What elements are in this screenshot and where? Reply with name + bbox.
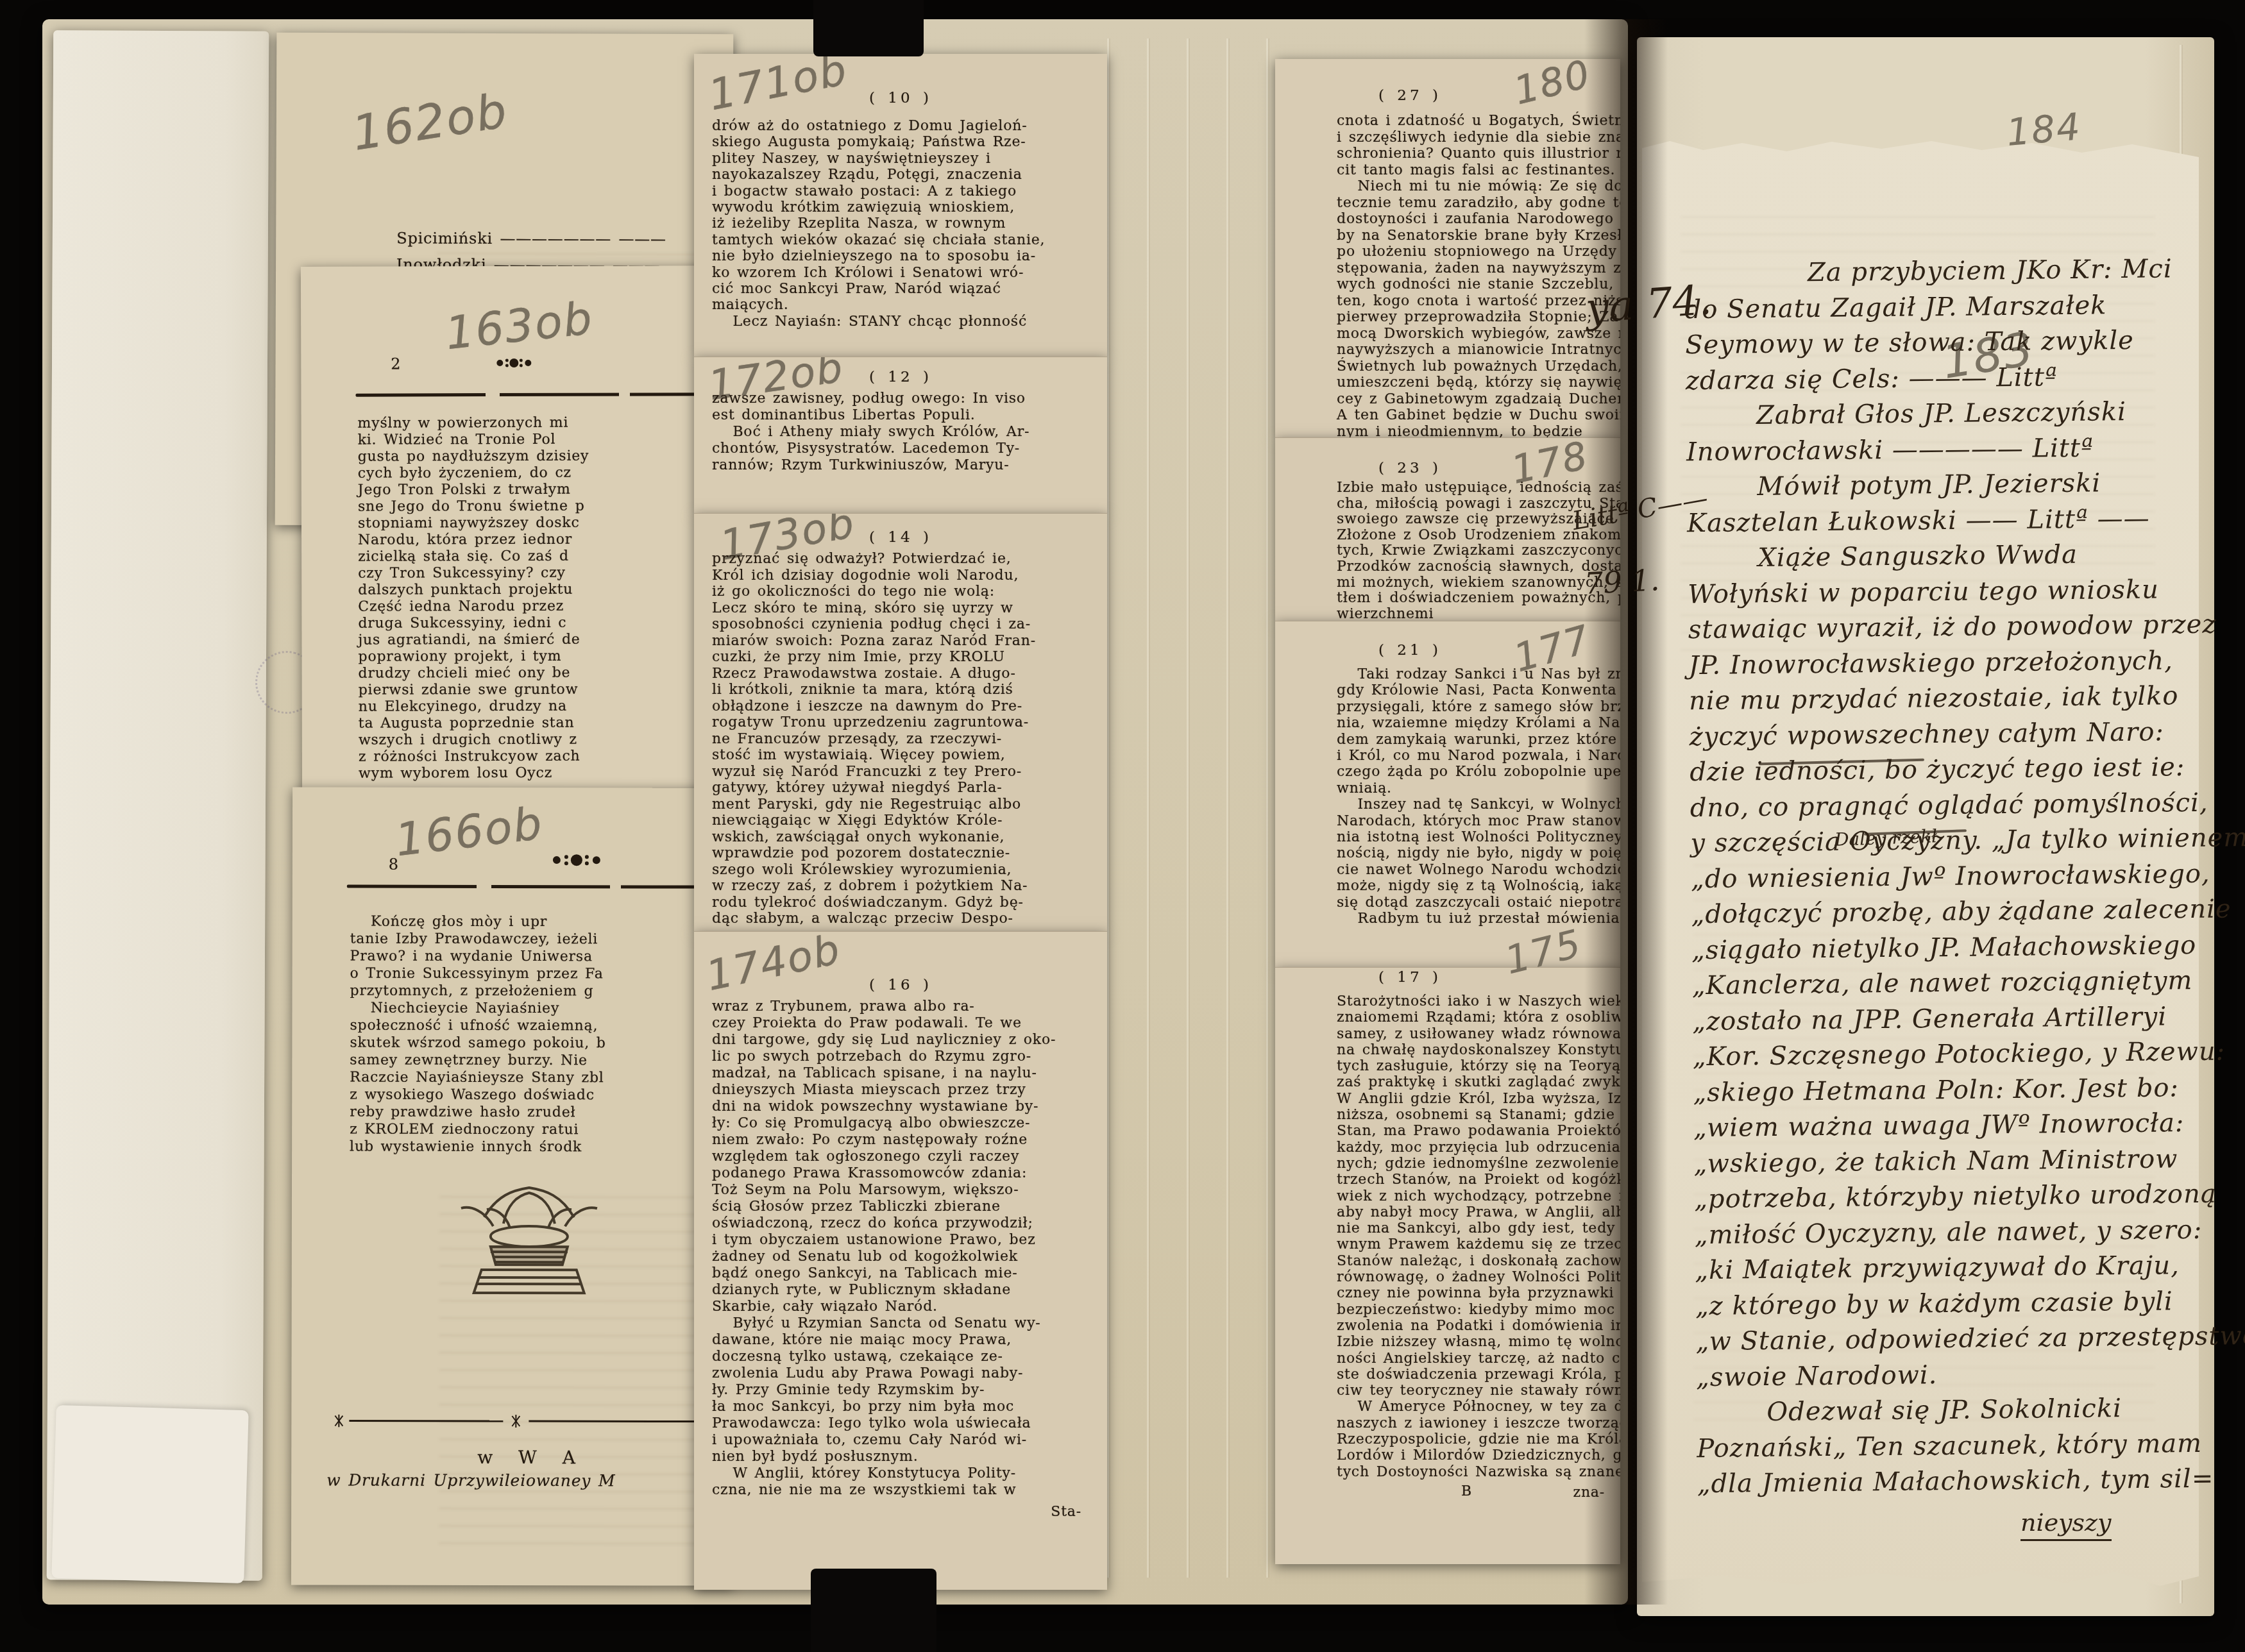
text-line: Część iedna Narodu przez	[358, 598, 717, 615]
printed-page-header: ( 27 )	[1314, 87, 1506, 104]
imprint-line: w Drukarni Uprzywileiowaney M	[326, 1471, 615, 1490]
text-line: stopniami naywyższey doskc	[358, 514, 717, 532]
text-line: drów aż do ostatniego z Domu Jagieloń-	[712, 118, 1090, 134]
clipping-174: 174ob ( 16 ) wraz z Trybunem, prawa albo…	[694, 931, 1107, 1590]
text-line: Xiąże Sanguszko Wwda	[1688, 536, 2201, 577]
text-line: skutek wśrzod samego pokoiu, b	[350, 1034, 709, 1052]
text-line: skiego Augusta pomykaią; Państwa Rze-	[712, 134, 1090, 150]
folio-number-pencil: 184	[2004, 105, 2083, 155]
text-line: cych było życzeniem, do cz	[358, 464, 717, 482]
text-line: Rzeczypospolicie, gdzie nie ma Króla,	[1337, 1431, 1620, 1447]
text-line: wszych i drugich cnotliwy z	[359, 731, 718, 748]
text-line: mocą Dworskich wybiegów, zawsze na	[1337, 326, 1620, 342]
clipping-172: 172ob ( 12 ) zawsze zawisney, podług owe…	[694, 357, 1107, 514]
text-line: wniaią.	[1337, 780, 1620, 796]
text-line: rodu tylekroć doświadczanym. Gdyż bę-	[712, 895, 1090, 911]
text-line: Radbym tu iuż przestał mówienia: Lecz	[1337, 911, 1620, 927]
text-line: wskich, zawściągał onych wykonanie,	[712, 829, 1090, 846]
text-line: Odezwał się JP. Sokolnicki	[1696, 1390, 2210, 1431]
text-line: Przodków zacnością sławnych, dostatka-	[1337, 559, 1620, 575]
sheet-corner-fold	[51, 1405, 248, 1583]
manuscript-text: Za przybyciem JKo Kr: Mcido Senatu Zagai…	[1684, 251, 2210, 1503]
text-line: „wskiego, że takich Nam Ministrow	[1693, 1141, 2207, 1182]
text-line: by na Senatorskie brane były Krzesła; gd…	[1337, 228, 1620, 244]
text-line: madzał, na Tablicach spisane, i na naylu…	[712, 1065, 1090, 1082]
text-line: ste doświadczenia przewagi Króla, prze-	[1337, 1367, 1620, 1383]
text-line: doczesną tylko ustawą, czekaiące ze-	[712, 1349, 1090, 1365]
text-line: wierzchnemi	[1337, 607, 1620, 621]
text-line: Kończę głos mòy i upr	[350, 913, 709, 931]
folio-number-pencil: 166ob	[393, 796, 546, 866]
text-line: est dominantibus Libertas Populi.	[712, 407, 1090, 424]
printed-rule	[355, 392, 716, 396]
text-line: bezpieczeństwo: kiedyby mimo moc ze-	[1337, 1302, 1620, 1318]
signature-mark: B	[1461, 1483, 1472, 1499]
text-line: dni targowe, gdy się Lud nayliczniey z o…	[712, 1032, 1090, 1049]
text-line: Inszey nad tę Sankcyi, w Wolnych	[1337, 796, 1620, 813]
text-line: wyzuł się Naród Francuzki z tey Prero-	[712, 764, 1090, 780]
text-line: i bogactw stawało postaci: A z takiego	[712, 183, 1090, 199]
text-line: dnieyszych Miasta mieyscach przez trzy	[712, 1082, 1090, 1099]
text-line: i upoważniała to, czemu Cały Naród wi-	[712, 1432, 1090, 1449]
text-line: rannów; Rzym Turkwiniuszów, Maryu-	[712, 457, 1090, 474]
text-line: względem tak ogłoszonego czyli raczey	[712, 1149, 1090, 1165]
text-line: „dla Jmienia Małachowskich, tym sil=	[1697, 1462, 2211, 1503]
text-line: drudzy chcieli mieć ony be	[359, 664, 718, 682]
text-line: wych godności nie stanie Szczeblu, iedno	[1337, 276, 1620, 293]
text-line: Prawodawcza: Iego tylko wola uświecała	[712, 1415, 1090, 1432]
text-line: zawsze zawisney, podług owego: In viso	[712, 391, 1090, 407]
text-line: miarów swoich: Pozna zaraz Naród Fran-	[712, 633, 1090, 650]
text-line: po ułożeniu stopniowego na Urzędy po-	[1337, 244, 1620, 260]
floral-ornament-icon	[548, 852, 606, 868]
text-line: czey Proiekta do Praw podawali. Te we	[712, 1015, 1090, 1032]
text-line: i szczęśliwych iedynie dla siebie znalaz…	[1337, 130, 1620, 146]
text-line: gdy Królowie Nasi, Pacta Konwenta za-	[1337, 682, 1620, 698]
clipping-163: 163ob 2 myślny w powierzonych miki. Widz…	[301, 265, 733, 791]
text-line: wym wyborem losu Oycz	[359, 764, 718, 782]
text-line: Taki rodzay Sankci i u Nas był znany,	[1337, 666, 1620, 682]
text-line: zdarza się Cels: ——— Littª	[1686, 358, 2199, 399]
clipping-166: 166ob 8 Kończę głos mòy i uprtanie Izby …	[291, 787, 734, 1585]
folio-number-pencil: 162ob	[349, 83, 512, 161]
text-line: Inowrocławski ————— Littª	[1686, 429, 2200, 470]
printed-page-header: ( 14 )	[694, 529, 1107, 546]
text-line: nie mu przydać niezostaie, iak tylko	[1689, 678, 2203, 720]
text-line: W Anglii, którey Konstytucya Polity-	[712, 1465, 1090, 1482]
text-line: pierwsi zdanie swe gruntow	[359, 681, 718, 698]
text-line: wnym Prawem każdemu się ze trzech	[1337, 1236, 1620, 1252]
imprint-city: w W A	[477, 1447, 584, 1468]
print-column: Izbie mało ustępuiące, iednością zaś du-…	[1337, 480, 1620, 621]
catchword: Sta-	[1051, 1504, 1081, 1520]
text-line: dostoyności i zaufania Narodowego Oso-	[1337, 211, 1620, 228]
floral-ornament-icon	[493, 356, 534, 370]
text-line: Za przybyciem JKo Kr: Mci	[1684, 251, 2198, 292]
text-line: Lordów i Milordów Dziedzicznych, gdzie	[1337, 1447, 1620, 1463]
text-line: pierwey przeprowadziła Stopnie; Za po-	[1337, 309, 1620, 326]
text-line: tych zasługuie, którzy się na Teoryą, ni…	[1337, 1058, 1620, 1074]
text-line: chontów, Pisysystratów. Lacedemon Ty-	[712, 441, 1090, 457]
text-line: Wołyński w poparciu tego wniosku	[1688, 571, 2201, 612]
printed-page-header: ( 10 )	[694, 90, 1107, 106]
binding-tab-top	[813, 0, 924, 56]
text-line: Rzecz Prawodawstwa zostaie. A długo-	[712, 666, 1090, 682]
text-line: nia, wzaiemne między Królami a Naro-	[1337, 715, 1620, 731]
text-line: znaiomemi Rządami; która z osobliwości	[1337, 1009, 1620, 1025]
text-line: stępowania, żaden na naywyższym z tako-	[1337, 260, 1620, 277]
text-line: i Król, co mu Narod pozwala, i Narod,	[1337, 748, 1620, 764]
text-line: każdy, moc przyięcia lub odrzucenia o-	[1337, 1140, 1620, 1156]
folio-number-pencil: 180	[1509, 59, 1595, 114]
text-line: i tym obyczaiem ustanowione Prawo, bez	[712, 1232, 1090, 1249]
printed-page-number: 2	[391, 355, 401, 373]
text-line: jus agratiandi, na śmierć de	[358, 631, 717, 648]
text-line: Lecz skóro te miną, skóro się uyrzy w	[712, 600, 1090, 617]
text-line: ment Paryski, gdy nie Regestruiąc albo	[712, 796, 1090, 813]
text-line: tych Dostoyności Nazwiska są znane.	[1337, 1464, 1620, 1480]
text-line: „do wniesienia Jwº Inowrocławskiego,	[1691, 856, 2205, 897]
text-line: przyznać się odważył? Potwierdzać ie,	[712, 551, 1090, 568]
text-line: nie było dzielnieyszego na to sposobu ia…	[712, 248, 1090, 264]
text-line: Stanów należąc, i doskonałą zachowuiąc	[1337, 1253, 1620, 1269]
text-line: lic po swych potrzebach do Rzymu zgro-	[712, 1049, 1090, 1065]
text-line: ścią Głosów przez Tabliczki zbierane	[712, 1199, 1090, 1215]
text-line: schronienia? Quanto quis illustrior mowi…	[1337, 146, 1620, 162]
text-line: przysięgali, które z samego słów brzmie-	[1337, 699, 1620, 715]
printed-page-number: 8	[389, 855, 399, 873]
text-line: Boć i Atheny miały swych Królów, Ar-	[712, 424, 1090, 441]
text-line: tamtych wieków okazać się chciała stanie…	[712, 232, 1090, 248]
text-line: rogatyw Tronu uprzedzeniu zagruntowa-	[712, 714, 1090, 731]
text-line: Świetnych lub poważnych Urzędach, Ci	[1337, 358, 1620, 375]
text-line: maiących.	[712, 297, 1090, 313]
text-line: mi możnych, wiekiem szanownych, świa-	[1337, 575, 1620, 591]
text-line: niem zwało: Po czym następowały roźne	[712, 1132, 1090, 1149]
text-line: ły. Przy Gminie tedy Rzymskim by-	[712, 1382, 1090, 1399]
text-line: umieszczeni będą, którzy się naywię-	[1337, 375, 1620, 391]
text-line: nym i nieodmiennym, to będzie	[1337, 424, 1620, 438]
engraved-basket-vignette	[433, 1185, 625, 1346]
text-line: cey z Gabinetowym zgadzaią Duchem.	[1337, 391, 1620, 408]
text-line: równowagę, o żadney Wolności Polity-	[1337, 1269, 1620, 1285]
text-line: dąc słabym, a walcząc przeciw Despo-	[712, 911, 1090, 927]
text-line: gusta po naydłuższym dzisiey	[358, 448, 717, 465]
text-line: może, nigdy się z tą Wolnością, iakąśmy	[1337, 878, 1620, 894]
text-line: A ten Gabinet będzie w Duchu swoim pew-	[1337, 407, 1620, 424]
text-line: życzyć wpowszechney całym Naro:	[1689, 714, 2203, 755]
text-line: się dotąd zaszczycali ostaić niepotrafi.	[1337, 895, 1620, 911]
text-line: Zabrał Głos JP. Leszczyński	[1686, 394, 2199, 435]
text-line: bądź onego Sankcyi, na Tablicach mie-	[712, 1265, 1090, 1282]
print-column: cnota i zdatność u Bogatych, Świetnych,i…	[1337, 113, 1620, 437]
text-line: Spicimiński ——————— ———	[396, 225, 666, 252]
text-line: czney nie powinna była przyznawki nie-	[1337, 1285, 1620, 1301]
text-line: sposobności czynienia podług chęci i za-	[712, 616, 1090, 633]
text-line: Niech mi tu nie mówią: Ze się dosta-	[1337, 178, 1620, 195]
text-line: Niechcieycie Nayiaśniey	[350, 1000, 709, 1018]
text-line: tecznie temu zaradziło, aby godne tey	[1337, 195, 1620, 212]
decorative-rule	[330, 1415, 702, 1428]
text-line: wywodu krótkim zawięzuią wnioskiem,	[712, 199, 1090, 215]
text-line: czna, nie nie ma ze wszystkiemi tak w	[712, 1482, 1090, 1499]
text-line: tanie Izby Prawodawczey, ieżeli	[350, 931, 709, 948]
gutter-shadow	[1584, 19, 1668, 1605]
text-line: cić moc Sankcyi Praw, Naród wiązać	[712, 281, 1090, 297]
text-line: poprawiony projekt, i tym	[358, 648, 717, 665]
print-column: Taki rodzay Sankci i u Nas był znany,gdy…	[1337, 666, 1620, 927]
printed-page-header: ( 16 )	[694, 977, 1107, 993]
manuscript-insertion: Daley rzekł	[1834, 825, 1937, 850]
manuscript-catchword: nieyszy	[2020, 1508, 2112, 1541]
text-line: czego żąda po Królu zobopolnie upe-	[1337, 764, 1620, 780]
print-column: przyznać się odważył? Potwierdzać ie,Kró…	[712, 551, 1090, 927]
text-line: zaś praktykę i skutki zaglądać zwykli.	[1337, 1074, 1620, 1090]
text-line: Izbie mało ustępuiące, iednością zaś du-	[1337, 480, 1620, 496]
text-line: dzie iedności, bo życzyć tego iest ie:	[1690, 750, 2203, 791]
print-column: Kończę głos mòy i uprtanie Izby Prawodaw…	[350, 913, 709, 1156]
text-line: naywyższych a mianowicie Intratnych,	[1337, 342, 1620, 358]
text-line: plitey Naszey, w nayświętnieyszey i	[712, 151, 1090, 167]
text-line: W Anglii gdzie Król, Izba wyższa, Izba	[1337, 1091, 1620, 1107]
text-line: reby prawdziwe hasło zrudeł	[350, 1104, 709, 1122]
folio-number-pencil: 163ob	[443, 292, 595, 360]
text-line: ły: Co się Promulgacyą albo obwieszcze-	[712, 1115, 1090, 1132]
text-line: „ki Maiątek przywiązywał do Kraju,	[1695, 1248, 2208, 1289]
text-line: „siągało nietylko JP. Małachowskiego	[1691, 927, 2205, 968]
text-line: dno, co pragnąć oglądać pomyślności,	[1690, 785, 2204, 826]
text-line: niewciągaiąc w Xięgi Edyktów Króle-	[712, 813, 1090, 829]
text-line: zwolenia Ludu aby Prawa Powagi naby-	[712, 1365, 1090, 1382]
text-line: tych, Krwie Związkami zaszczyconych,	[1337, 543, 1620, 559]
text-line: Skarbie, cały wiązało Naród.	[712, 1299, 1090, 1315]
text-line: Starożytności iako i w Naszych wiekach	[1337, 993, 1620, 1009]
print-column: drów aż do ostatniego z Domu Jagieloń-sk…	[712, 118, 1090, 330]
text-line: y szczęścia Oyczyzny. „Ja tylko winienem	[1690, 821, 2204, 862]
text-line: zicielką stała się. Co zaś d	[358, 548, 717, 565]
text-line: cie nawet Wolnego Narodu wchodzić nie	[1337, 862, 1620, 878]
text-line: „miłość Oyczyzny, ale nawet, y szero:	[1695, 1212, 2208, 1253]
text-line: zwolenia na Podatki i domówienia innych,	[1337, 1318, 1620, 1334]
text-line: Król ich dzisiay dogodnie woli Narodu,	[712, 568, 1090, 584]
text-line: nien był bydź posłusznym.	[712, 1449, 1090, 1465]
text-line: nayokazalszey Rządu, Potęgi, znaczenia	[712, 167, 1090, 183]
clipping-171: 171ob ( 10 ) drów aż do ostatniego z Dom…	[694, 54, 1107, 357]
printed-page-header: ( 21 )	[1314, 642, 1506, 659]
clipping-177: ( 21 ) 177 Taki rodzay Sankci i u Nas by…	[1275, 621, 1620, 968]
text-line: dawane, które nie maiąc mocy Prawa,	[712, 1332, 1090, 1349]
printed-page-header: ( 12 )	[694, 369, 1107, 385]
text-line: trzech Stanów, na Proiekt od kogóżkol-	[1337, 1172, 1620, 1188]
loose-white-sheet	[47, 30, 269, 1580]
text-line: nie ma Sankcyi, albo gdy iest, tedy ró-	[1337, 1220, 1620, 1236]
text-line: ciw tey teoryczney nie stawały równości.	[1337, 1383, 1620, 1399]
text-line: podanego Prawa Krassomowców zdania:	[712, 1165, 1090, 1182]
binding-tab-bottom	[811, 1569, 936, 1652]
text-line: dem zamykaią warunki, przez które się	[1337, 732, 1620, 748]
text-line: tłem i doświadczeniem poważnych, po-	[1337, 591, 1620, 607]
text-line: nu Elekcyinego, drudzy na	[359, 698, 718, 715]
clipping-178: ( 23 ) 178 Izbie mało ustępuiące, iednoś…	[1275, 437, 1620, 621]
text-line: stość im wystawiaią. Więcey powiem,	[712, 747, 1090, 764]
text-line: „w Stanie, odpowiedzieć za przestępstwo	[1695, 1319, 2209, 1360]
text-line: samey zewnętrzney burzy. Nie	[350, 1052, 709, 1070]
text-line: Jego Tron Polski z trwałym	[358, 481, 717, 498]
text-line: o Tronie Sukcessyinym przez Fa	[350, 965, 709, 983]
text-line: Stan, ma Prawo podawania Proiektów,	[1337, 1123, 1620, 1139]
text-line: niższa, osobnemi są Stanami; gdzie każdy	[1337, 1107, 1620, 1123]
clipping-175: ( 17 ) Starożytności iako i w Naszych wi…	[1275, 967, 1620, 1564]
text-line: z wysokiego Waszego doświadc	[350, 1086, 709, 1104]
text-line: iż go okoliczności do tego nie wolą:	[712, 584, 1090, 600]
text-line: dni na widok powszechny wystawiane by-	[712, 1099, 1090, 1115]
text-line: z różności Instrukcyow zach	[359, 748, 718, 765]
text-line: gatywy, którey używał niegdyś Parla-	[712, 780, 1090, 796]
text-line: sne Jego do Tronu świetne p	[358, 498, 717, 515]
text-line: z KROLEM ziednoczony ratui	[350, 1121, 709, 1139]
text-line: stawaiąc wyraził, iż do powodow przez	[1688, 607, 2202, 648]
text-line: oświadczoną, rzecz do końca przywodził;	[712, 1215, 1090, 1232]
printed-page-header: ( 23 )	[1314, 460, 1506, 476]
text-line: Byłyć u Rzymian Sancta od Senatu wy-	[712, 1315, 1090, 1332]
text-line: myślny w powierzonych mi	[358, 414, 717, 432]
text-line: „zostało na JPP. Generała Artilleryi	[1692, 999, 2206, 1040]
text-line: dzianych ryte, w Publicznym składane	[712, 1282, 1090, 1299]
text-line: „Kanclerza, ale nawet rozciągniętym	[1691, 963, 2205, 1004]
text-line: nia istotną iest Wolności Polityczney wł…	[1337, 829, 1620, 845]
text-line: „dołączyć prozbę, aby żądane zalecenie	[1691, 892, 2205, 933]
text-line: ne Francuzów przesądy, za rzeczywi-	[712, 731, 1090, 748]
text-line: ta Augusta poprzednie stan	[359, 714, 718, 732]
text-line: Narodach, których moc Praw stanowie-	[1337, 813, 1620, 829]
text-line: czy Tron Sukcessyiny? czy	[358, 564, 717, 582]
text-line: na chwałę naydoskonalszey Konstytucyi u	[1337, 1042, 1620, 1058]
print-column: myślny w powierzonych miki. Widzieć na T…	[358, 414, 718, 782]
text-line: „Kor. Szczęsnego Potockiego, y Rzewu:	[1693, 1034, 2207, 1075]
text-line: Poznański„ Ten szacunek, który mam	[1697, 1426, 2210, 1467]
text-line: dalszych punktach projektu	[358, 581, 717, 598]
text-line: nych; gdzie iednomyślne zezwolenie	[1337, 1156, 1620, 1172]
page-edges-band	[1107, 38, 1275, 1578]
printed-page-header: ( 17 )	[1314, 969, 1506, 986]
text-line: Prawo? i na wydanie Uniwersa	[350, 948, 709, 966]
text-line: iż ieżeliby Rzeplita Nasza, w rownym	[712, 215, 1090, 232]
text-line: JP. Inowrocławskiego przełożonych,	[1688, 643, 2202, 684]
text-line: ten, kogo cnota i wartość przez niższe	[1337, 293, 1620, 310]
text-line: cit tanto magis falsi ac festinantes.	[1337, 162, 1620, 179]
text-line: wiek z nich wychodzący, potrzebne iest,	[1337, 1188, 1620, 1204]
folio-number-pencil: 171ob	[705, 54, 852, 120]
text-line: Toż Seym na Polu Marsowym, większo-	[712, 1182, 1090, 1199]
text-line: Lecz Nayiaśn: STANY chcąc płonność	[712, 314, 1090, 330]
text-line: „potrzeba, którzyby nietylko urodzoną	[1694, 1177, 2208, 1218]
text-line: „z którego by w każdym czasie byli	[1695, 1283, 2209, 1324]
text-line: przytomnych, z przełożeniem g	[350, 982, 709, 1000]
text-line: Kasztelan Łukowski —— Littª ——	[1687, 500, 2201, 541]
text-line: społeczność i ufność wzaiemną,	[350, 1017, 709, 1035]
text-line: druga Sukcessyiny, iedni c	[358, 614, 717, 632]
text-line: naszych z iawioney i ieszcze tworzącey s…	[1337, 1415, 1620, 1431]
text-line: ła moc Sankcyi, bo przy nim była moc	[712, 1399, 1090, 1415]
text-line: obłądzone i ieszcze na dawnym do Pre-	[712, 698, 1090, 715]
text-line: cuzki, że przy nim Imie, przy KROLU	[712, 649, 1090, 666]
text-line: ko wzorem Ich Królowi i Senatowi wró-	[712, 265, 1090, 281]
text-line: Mówił potym JP. Jezierski	[1686, 465, 2200, 506]
text-line: Narodu, która przez iednor	[358, 531, 717, 548]
text-line: nością, nigdy nie było, nigdy w poię-	[1337, 845, 1620, 861]
text-line: żadney od Senatu lub od kogożkolwiek	[712, 1249, 1090, 1265]
text-line: „wiem ważna uwaga JWº Inowrocła:	[1693, 1106, 2207, 1147]
text-line: wprawdzie pod pozorem dostatecznie-	[712, 845, 1090, 862]
text-line: W Ameryce Północney, w tey za dni	[1337, 1399, 1620, 1415]
text-line: do Senatu Zagaił JP. Marszałek	[1684, 287, 2198, 328]
text-line: aby nabył mocy Prawa, w Anglii, albo	[1337, 1204, 1620, 1220]
text-line: Seymowy w te słowa: Tak zwykle	[1685, 323, 2199, 364]
text-line: „swoie Narodowi.	[1696, 1354, 2210, 1395]
archive-book-scan: 162ob Spicimiński ——————— ———Inowłodzki …	[0, 0, 2245, 1652]
clipping-180: ( 27 ) 180 cnota i zdatność u Bogatych, …	[1275, 59, 1620, 437]
text-line: ności Angielskiey tarczę, aż nadto czę-	[1337, 1351, 1620, 1367]
text-line: Raczcie Nayiaśnieysze Stany zbl	[350, 1069, 709, 1087]
print-column: zawsze zawisney, podług owego: In visoes…	[712, 391, 1090, 474]
text-line: cnota i zdatność u Bogatych, Świetnych,	[1337, 113, 1620, 130]
printed-rule	[347, 885, 707, 889]
text-line: Izbie niższey własną, mimo tę wolno-	[1337, 1334, 1620, 1350]
text-line: „skiego Hetmana Poln: Kor. Jest bo:	[1693, 1070, 2207, 1111]
text-line: lub wystawienie innych środk	[350, 1138, 709, 1156]
text-line: ki. Widzieć na Tronie Pol	[358, 431, 717, 448]
print-column: Starożytności iako i w Naszych wiekachzn…	[1337, 993, 1620, 1480]
text-line: w rzeczy zaś, z dobrem i pożytkiem Na-	[712, 878, 1090, 895]
text-line: szego woli Królewskiey wyrozumienia,	[712, 862, 1090, 879]
text-line: samey, z usiłowaney władz równowagi,	[1337, 1026, 1620, 1042]
print-column: wraz z Trybunem, prawa albo ra-czey Proi…	[712, 999, 1090, 1499]
text-line: li krótkoli, zniknie ta mara, którą dziś	[712, 682, 1090, 698]
text-line: wraz z Trybunem, prawa albo ra-	[712, 999, 1090, 1015]
clipping-173: 173ob ( 14 ) przyznać się odważył? Potwi…	[694, 513, 1107, 932]
